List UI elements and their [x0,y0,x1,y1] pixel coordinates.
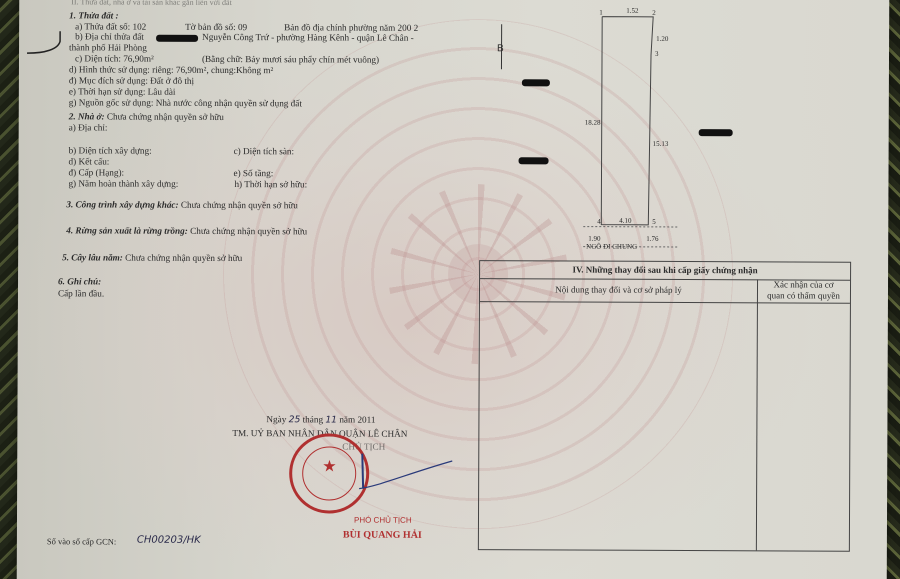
section2-heading: 2. Nhà ở: [69,111,105,121]
redaction-mark [156,35,198,42]
address-street: Nguyễn Công Trứ - phường Hàng Kênh - quậ… [202,33,414,43]
floor-area: c) Diện tích sàn: [234,147,295,156]
section5-status: Chưa chứng nhận quyền sở hữu [125,253,242,264]
road-label: NGÕ ĐI CHUNG [586,244,637,251]
section5-heading: 5. Cây lâu năm: [62,252,123,262]
corner-5: 5 [652,219,656,226]
use-term: e) Thời hạn sử dụng: Lâu dài [69,87,176,97]
address-prefix: b) Địa chỉ thửa đất [75,32,144,42]
map-sheet-number: Tờ bản đồ số: 09 [185,23,247,32]
redaction-mark [699,129,733,136]
section3-status: Chưa chứng nhận quyền sở hữu [181,200,298,211]
note-text: Cấp lần đầu. [58,289,104,298]
land-area-words: (Bằng chữ: Bảy mươi sáu phẩy chín mét vu… [202,55,379,65]
plot-outline [578,15,699,256]
use-form: d) Hình thức sử dụng: riêng: 76,90m², ch… [69,65,273,75]
corner-3: 3 [655,51,659,58]
dim-bottom-left: 1.90 [588,236,600,243]
section3-heading: 3. Công trình xây dựng khác: [66,199,178,209]
page-header-partial: II. Thửa đất, nhà ở và tài sản khác gắn … [71,0,232,7]
north-label: B [497,44,504,54]
year-completed: g) Năm hoàn thành xây dựng: [68,179,178,189]
pen-mark [25,29,65,59]
signer-name: BÙI QUANG HẢI [343,531,422,541]
address-city: thành phố Hải Phòng [69,43,147,53]
corner-1: 1 [599,10,603,17]
issue-date: Ngày 25 tháng 11 năm 2011 [266,415,375,425]
registry-label: Số vào sổ cấp GCN: [47,537,116,546]
dim-bottom: 4.10 [619,218,631,225]
table-divider [756,279,758,550]
section6-heading: 6. Ghi chú: [58,277,101,286]
signer-role: PHÓ CHỦ TỊCH [354,517,412,525]
build-area: b) Diện tích xây dựng: [69,146,152,156]
corner-2: 2 [652,10,656,17]
use-purpose: đ) Mục đích sử dụng: Đất ở đô thị [69,76,194,86]
structure: d) Kết cấu: [69,157,110,166]
section2-status: Chưa chứng nhận quyền sở hữu [107,111,224,122]
changes-col-content: Nội dung thay đổi và cơ sở pháp lý [480,284,757,296]
redaction-mark [522,79,550,86]
registry-number: CH00203/HK [137,536,201,546]
corner-4: 4 [597,219,601,226]
star-icon: ★ [322,456,336,476]
issue-day: 25 [289,414,301,425]
floors: e) Số tầng: [233,169,273,178]
land-area: c) Diện tích: 76,90m² [75,54,154,64]
signature-stroke [357,449,457,499]
ownership-term: h) Thời hạn sở hữu: [234,180,307,190]
changes-col-confirm: Xác nhận của cơ quan có thẩm quyền [757,279,850,301]
section4-heading: 4. Rừng sản xuất là rừng trồng: [66,225,188,236]
dim-top: 1.52 [626,8,638,15]
changes-table: IV. Những thay đổi sau khi cấp giấy chứn… [478,260,851,552]
dim-right-lower: 15.13 [653,141,669,148]
section4-status: Chưa chứng nhận quyền sở hữu [190,226,307,237]
dim-left: 18.28 [585,120,601,127]
redaction-mark [519,157,549,164]
use-origin: g) Nguồn gốc sử dụng: Nhà nước công nhận… [69,98,302,108]
land-certificate-page: II. Thửa đất, nhà ở và tài sản khác gắn … [17,0,890,579]
issue-month: 11 [325,414,337,425]
dim-right-upper: 1.20 [656,36,668,43]
grade: đ) Cấp (Hạng): [68,168,124,177]
house-address: a) Địa chỉ: [69,123,108,132]
dim-bottom-right: 1.76 [646,236,658,243]
changes-table-title: IV. Những thay đổi sau khi cấp giấy chứn… [480,264,850,277]
section1-heading: 1. Thửa đất : [69,11,118,20]
